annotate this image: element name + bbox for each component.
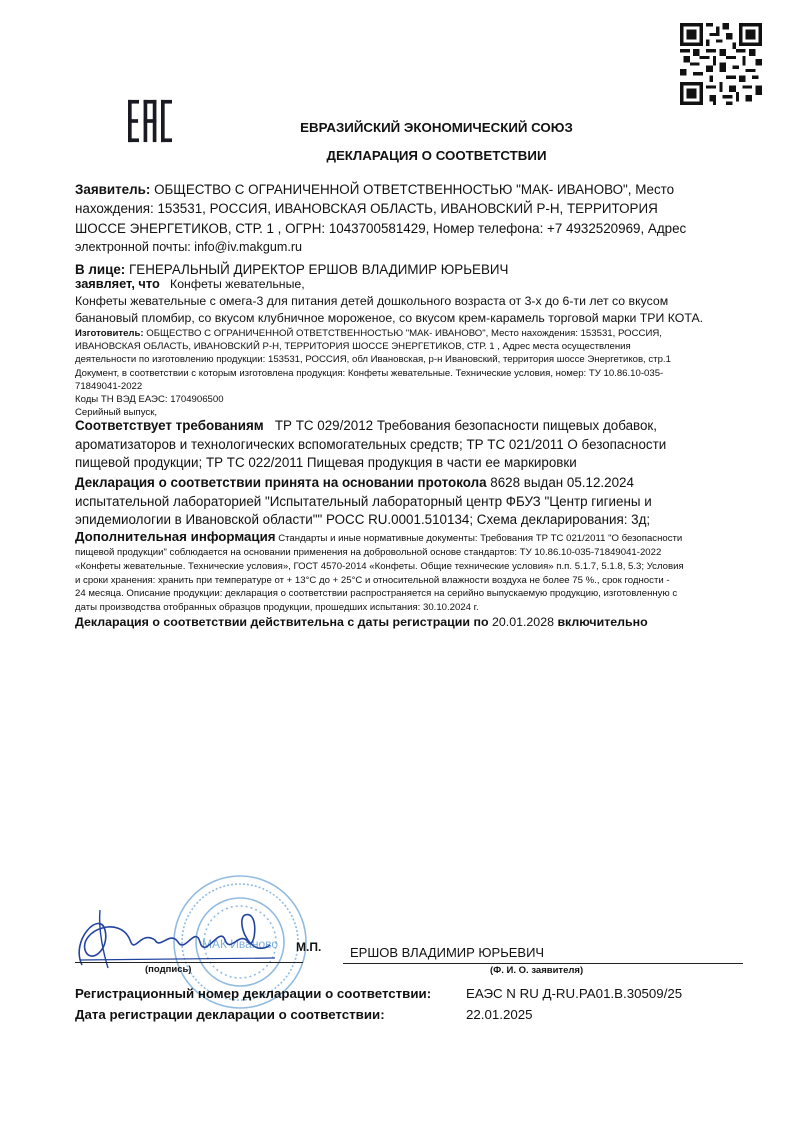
additional-line-6: даты производства отобранных образцов пр… (75, 601, 765, 615)
protocol-line-2: испытательной лабораторией "Испытательны… (75, 493, 765, 512)
protocol-line-3: эпидемиологии в Ивановской области"" РОС… (75, 511, 765, 530)
requirements-section: Соответствует требованиям ТР ТС 029/2012… (75, 417, 765, 473)
registration-number-label: Регистрационный номер декларации о соотв… (75, 986, 431, 1001)
registration-date-label: Дата регистрации декларации о соответств… (75, 1007, 385, 1022)
declares-label: заявляет, что (75, 276, 160, 291)
validity-label: Декларация о соответствии действительна … (75, 615, 489, 629)
additional-line-3: «Конфеты жевательные. Технические услови… (75, 560, 765, 574)
manufacturer-line-2: ИВАНОВСКАЯ ОБЛАСТЬ, ИВАНОВСКИЙ Р-Н, ТЕРР… (75, 340, 765, 353)
applicant-section: Заявитель: ОБЩЕСТВО С ОГРАНИЧЕННОЙ ОТВЕТ… (75, 180, 765, 279)
additional-label: Дополнительная информация (75, 529, 276, 544)
product-short: Конфеты жевательные, (170, 277, 305, 291)
union-heading: ЕВРАЗИЙСКИЙ ЭКОНОМИЧЕСКИЙ СОЮЗ (0, 120, 793, 135)
validity-date: 20.01.2028 (492, 615, 554, 629)
additional-line-2: пищевой продукции" соблюдается на основа… (75, 546, 765, 560)
requirements-label: Соответствует требованиям (75, 418, 264, 433)
protocol-section: Декларация о соответствии принята на осн… (75, 474, 765, 530)
signature (60, 870, 340, 980)
protocol-line-1: Декларация о соответствии принята на осн… (75, 474, 765, 493)
fio-caption: (Ф. И. О. заявителя) (490, 965, 583, 976)
applicant-fio: ЕРШОВ ВЛАДИМИР ЮРЬЕВИЧ (350, 945, 544, 960)
signature-line (75, 962, 303, 963)
manufacturer-line-1: Изготовитель: ОБЩЕСТВО С ОГРАНИЧЕННОЙ ОТ… (75, 327, 765, 340)
fio-line (343, 963, 743, 964)
manufacturer-line-6: Коды ТН ВЭД ЕАЭС: 1704906500 (75, 393, 765, 406)
additional-line-1: Дополнительная информация Стандарты и ин… (75, 530, 765, 546)
requirements-line-3: пищевой продукции; ТР ТС 022/2011 Пищева… (75, 454, 765, 473)
manufacturer-line-4: Документ, в соответствии с которым изгот… (75, 367, 765, 380)
applicant-line-4: электронной почты: info@iv.makgum.ru (75, 238, 765, 257)
manufacturer-line-5: 71849041-2022 (75, 380, 765, 393)
applicant-label: Заявитель: (75, 182, 150, 197)
qr-code-icon (680, 23, 762, 105)
protocol-label: Декларация о соответствии принята на осн… (75, 475, 487, 490)
registration-number: ЕАЭС N RU Д-RU.РА01.В.30509/25 (466, 986, 682, 1001)
document-title: ДЕКЛАРАЦИЯ О СООТВЕТСТВИИ (0, 148, 793, 163)
manufacturer-line-3: деятельности по изготовлению продукции: … (75, 353, 765, 366)
requirements-line-2: ароматизаторов и технологических вспомог… (75, 436, 765, 455)
product-line-2: банановый пломбир, со вкусом клубничное … (75, 310, 765, 327)
validity-line: Декларация о соответствии действительна … (75, 615, 765, 629)
applicant-line-1: Заявитель: ОБЩЕСТВО С ОГРАНИЧЕННОЙ ОТВЕТ… (75, 180, 765, 199)
additional-line-4: и сроки хранения: хранить при температур… (75, 574, 765, 588)
manufacturer-label: Изготовитель: (75, 328, 144, 339)
seal-place: М.П. (296, 940, 321, 954)
validity-suffix: включительно (557, 615, 647, 629)
additional-line-5: 24 месяца. Описание продукции: деклараци… (75, 587, 765, 601)
declares-line: заявляет, что Конфеты жевательные, (75, 275, 765, 293)
signature-caption: (подпись) (145, 964, 191, 975)
registration-date: 22.01.2025 (466, 1007, 533, 1022)
product-line-1: Конфеты жевательные с омега-3 для питани… (75, 293, 765, 310)
applicant-line-2: нахождения: 153531, РОССИЯ, ИВАНОВСКАЯ О… (75, 199, 765, 218)
requirements-line-1: Соответствует требованиям ТР ТС 029/2012… (75, 417, 765, 436)
applicant-line-3: ШОССЕ ЭНЕРГЕТИКОВ, СТР. 1 , ОГРН: 104370… (75, 219, 765, 238)
declares-section: заявляет, что Конфеты жевательные, Конфе… (75, 275, 765, 419)
signature-icon (60, 870, 340, 980)
qr-code (680, 23, 762, 105)
additional-section: Дополнительная информация Стандарты и ин… (75, 530, 765, 615)
